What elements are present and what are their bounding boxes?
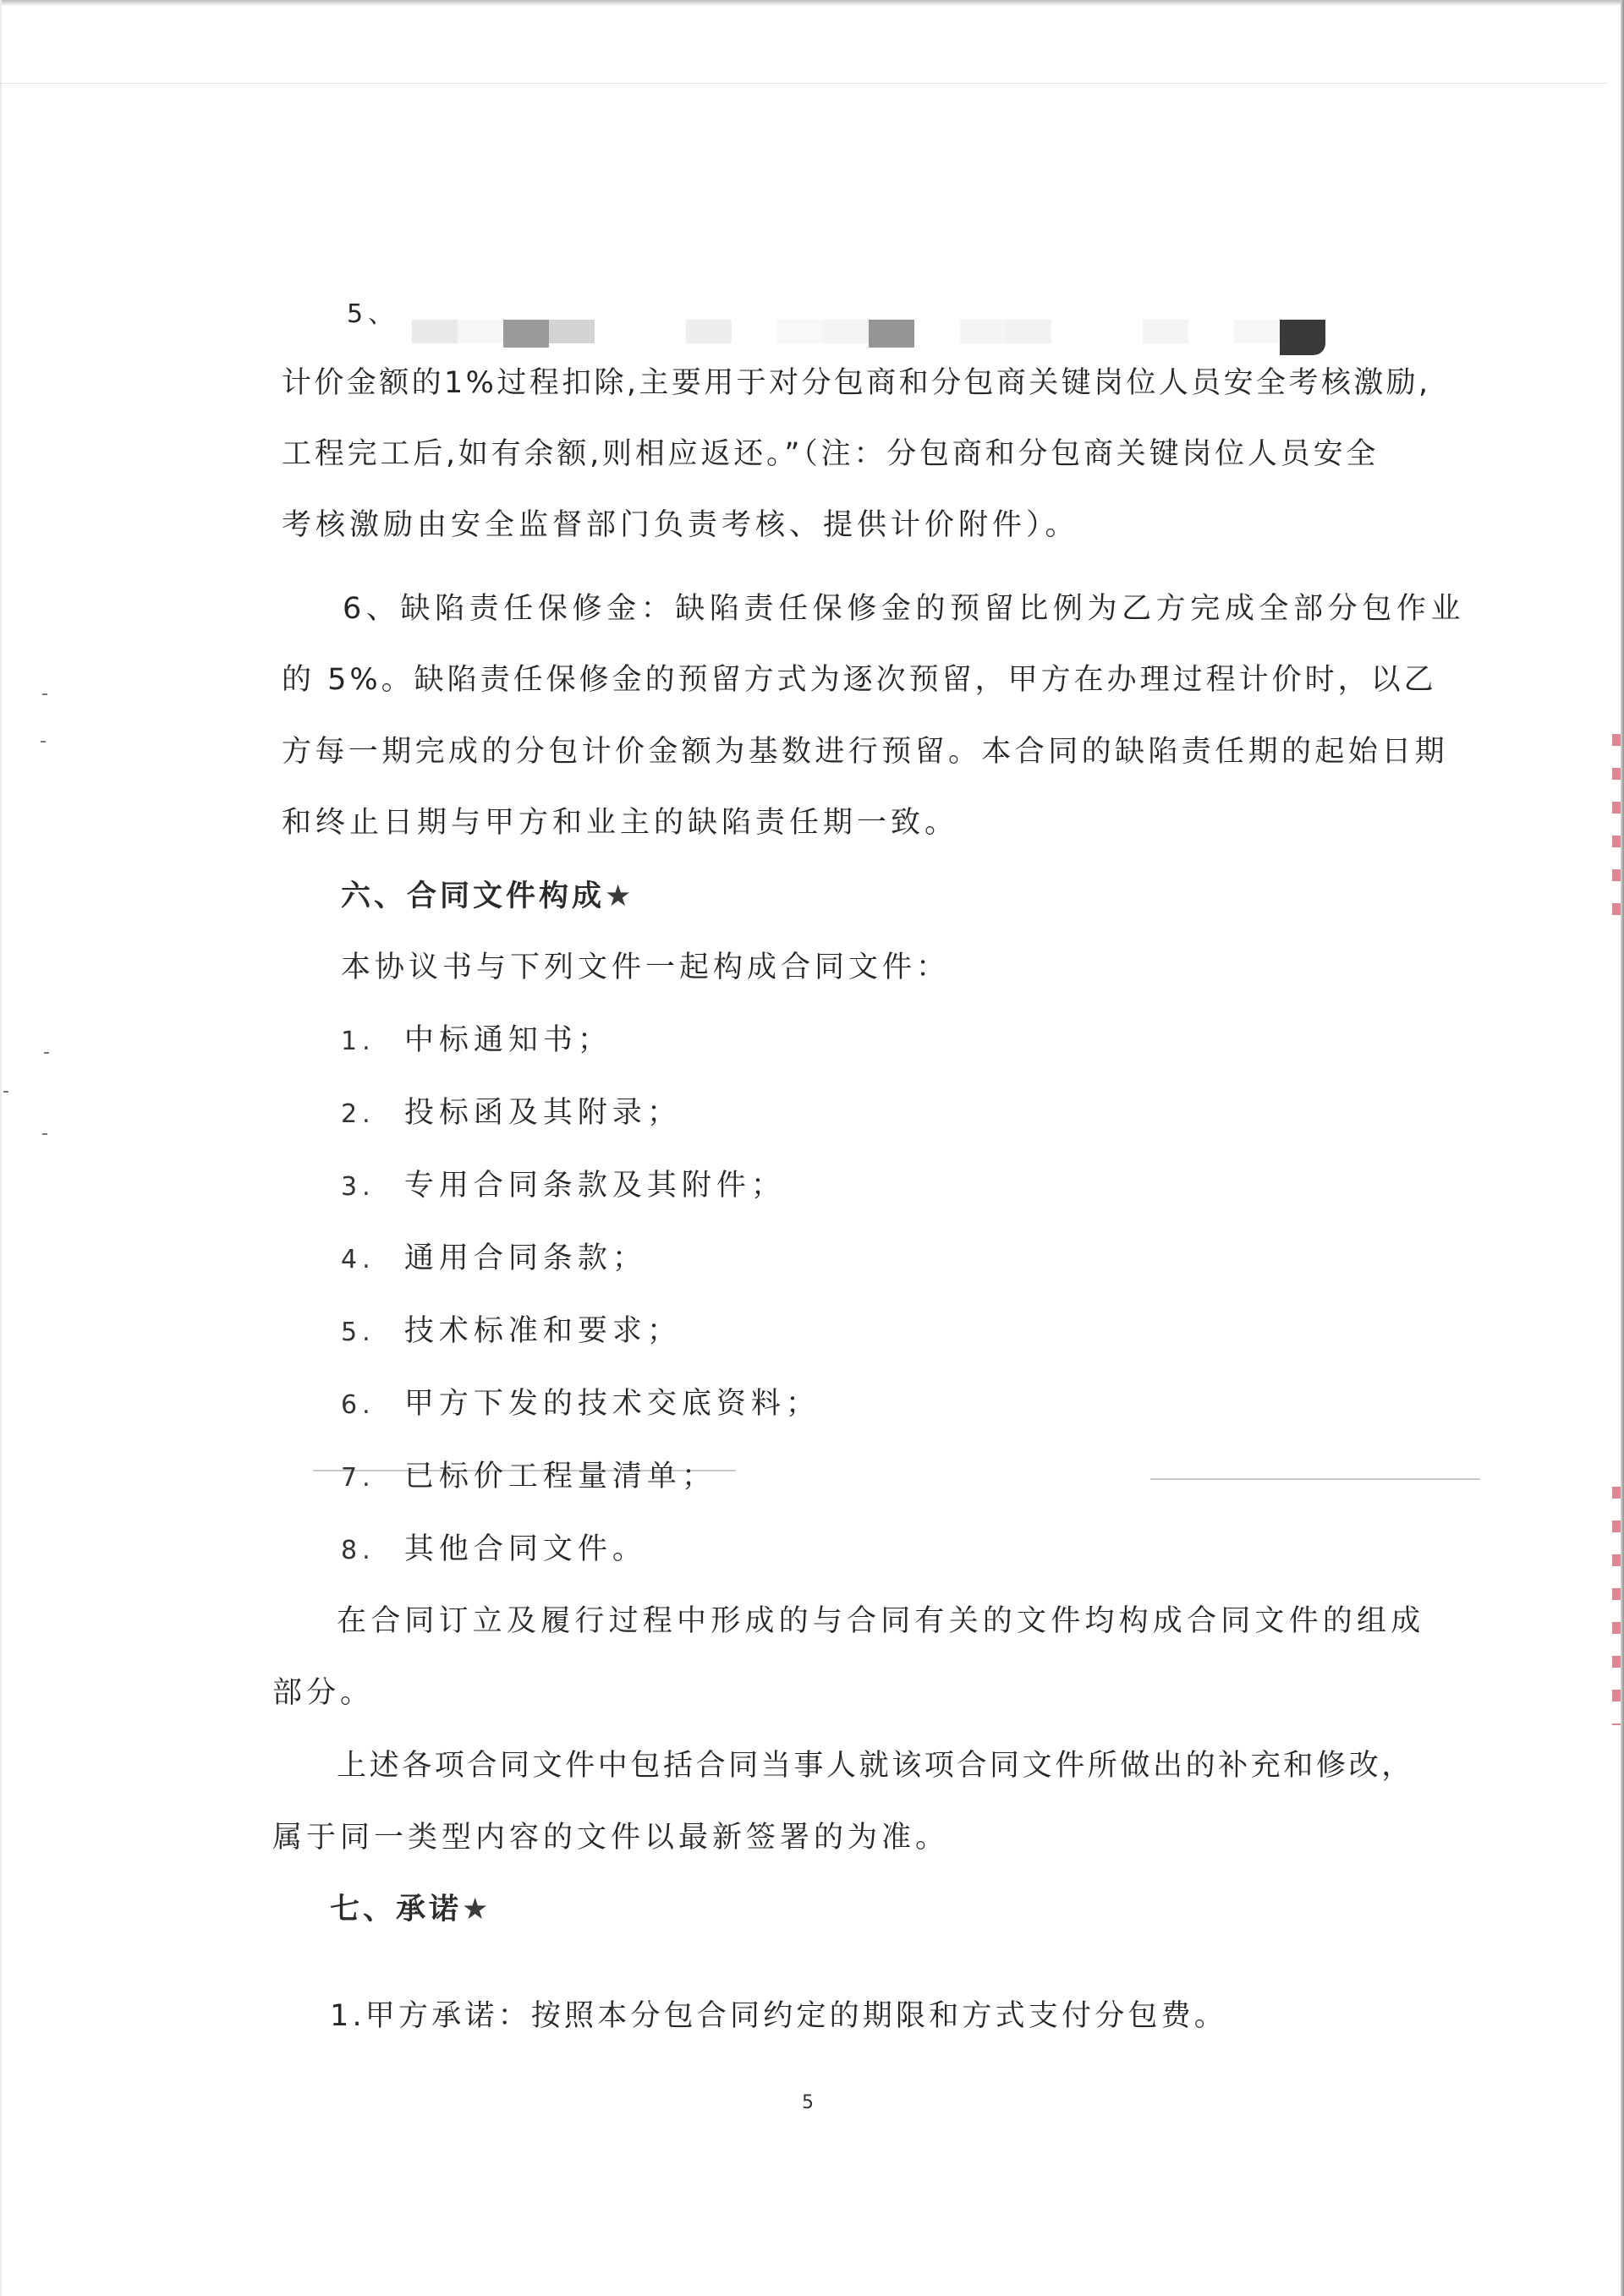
doc-list-item: 7. 已标价工程量清单； — [341, 1460, 716, 1495]
seal-stamp-fragment — [1612, 719, 1621, 930]
section-6-intro: 本协议书与下列文件一起构成合同文件： — [341, 951, 950, 984]
list-item-number: 4. — [341, 1245, 376, 1274]
star-icon: ★ — [462, 1893, 491, 1926]
section-6-para-1-line-2: 部分。 — [272, 1676, 374, 1710]
scan-speck — [42, 693, 47, 695]
list-item-text: 其他合同文件。 — [404, 1532, 647, 1566]
doc-list-item: 8. 其他合同文件。 — [341, 1532, 647, 1568]
list-item-number: 7. — [341, 1463, 376, 1493]
seal-stamp-fragment — [1612, 1471, 1621, 1725]
scan-left-edge — [0, 0, 2, 2296]
doc-list-item: 5. 技术标准和要求； — [341, 1314, 682, 1350]
list-item-number: 1. — [341, 1027, 376, 1056]
list-item-text: 甲方下发的技术交底资料； — [404, 1387, 820, 1421]
list-item-number: 5. — [341, 1318, 376, 1347]
doc-list-item: 6. 甲方下发的技术交底资料； — [341, 1387, 820, 1422]
clause-6-line-3: 方每一期完成的分包计价金额为基数进行预留。本合同的缺陷责任期的起始日期 — [282, 735, 1448, 769]
scan-speck — [3, 1091, 8, 1093]
section-6-para-2-line-1: 上述各项合同文件中包括合同当事人就该项合同文件所做出的补充和修改， — [337, 1749, 1414, 1783]
scan-right-edge — [1621, 0, 1624, 2296]
list-item-text: 中标通知书； — [404, 1023, 612, 1057]
clause-5-line-2: 工程完工后,如有余额,则相应返还。”（注：分包商和分包商关键岗位人员安全 — [282, 437, 1379, 471]
clause-6-line-1: 6、缺陷责任保修金：缺陷责任保修金的预留比例为乙方完成全部分包作业 — [343, 592, 1465, 626]
doc-list-item: 2. 投标函及其附录； — [341, 1096, 682, 1132]
doc-list-item: 3. 专用合同条款及其附件； — [341, 1169, 786, 1204]
doc-list-item: 1. 中标通知书； — [341, 1023, 612, 1059]
scan-speck — [42, 1133, 47, 1135]
list-item-number: 6. — [341, 1390, 376, 1420]
list-item-number: 3. — [341, 1172, 376, 1202]
section-7-heading: 七、承诺★ — [330, 1893, 491, 1926]
page-number: 5 — [802, 2092, 814, 2113]
list-item-text: 通用合同条款； — [404, 1241, 647, 1275]
list-item-number: 2. — [341, 1099, 376, 1129]
list-item-text: 技术标准和要求； — [404, 1314, 682, 1348]
list-item-text: 专用合同条款及其附件； — [404, 1169, 786, 1203]
clause-5-line-1: 计价金额的1%过程扣除,主要用于对分包商和分包商关键岗位人员安全考核激励, — [282, 366, 1431, 400]
section-6-para-2-line-2: 属于同一类型内容的文件以最新签署的为准。 — [272, 1821, 949, 1855]
clause-6-line-4: 和终止日期与甲方和业主的缺陷责任期一致。 — [282, 806, 958, 840]
redacted-text — [412, 320, 1325, 343]
clause-5-label: 5、 — [347, 298, 398, 332]
section-6-heading: 六、合同文件构成★ — [341, 879, 634, 913]
section-7-item-1: 1.甲方承诺：按照本分包合同约定的期限和方式支付分包费。 — [330, 1999, 1227, 2033]
section-6-heading-text: 六、合同文件构成 — [341, 879, 605, 913]
scan-streak — [0, 83, 1607, 84]
section-6-para-1-line-1: 在合同订立及履行过程中形成的与合同有关的文件均构成合同文件的组成 — [337, 1604, 1424, 1638]
scan-top-shadow — [0, 0, 1624, 5]
list-item-text: 已标价工程量清单； — [404, 1460, 716, 1493]
scan-speck — [44, 1052, 49, 1054]
star-icon: ★ — [605, 879, 634, 913]
doc-list-item: 4. 通用合同条款； — [341, 1241, 647, 1277]
clause-5-line-3: 考核激励由安全监督部门负责考核、提供计价附件）。 — [282, 508, 1079, 542]
scan-speck — [41, 741, 46, 743]
section-7-heading-text: 七、承诺 — [330, 1893, 462, 1926]
list-item-number: 8. — [341, 1536, 376, 1565]
scan-streak — [1150, 1478, 1480, 1480]
clause-6-line-2: 的 5%。缺陷责任保修金的预留方式为逐次预留，甲方在办理过程计价时，以乙 — [282, 663, 1437, 697]
list-item-text: 投标函及其附录； — [404, 1096, 682, 1130]
